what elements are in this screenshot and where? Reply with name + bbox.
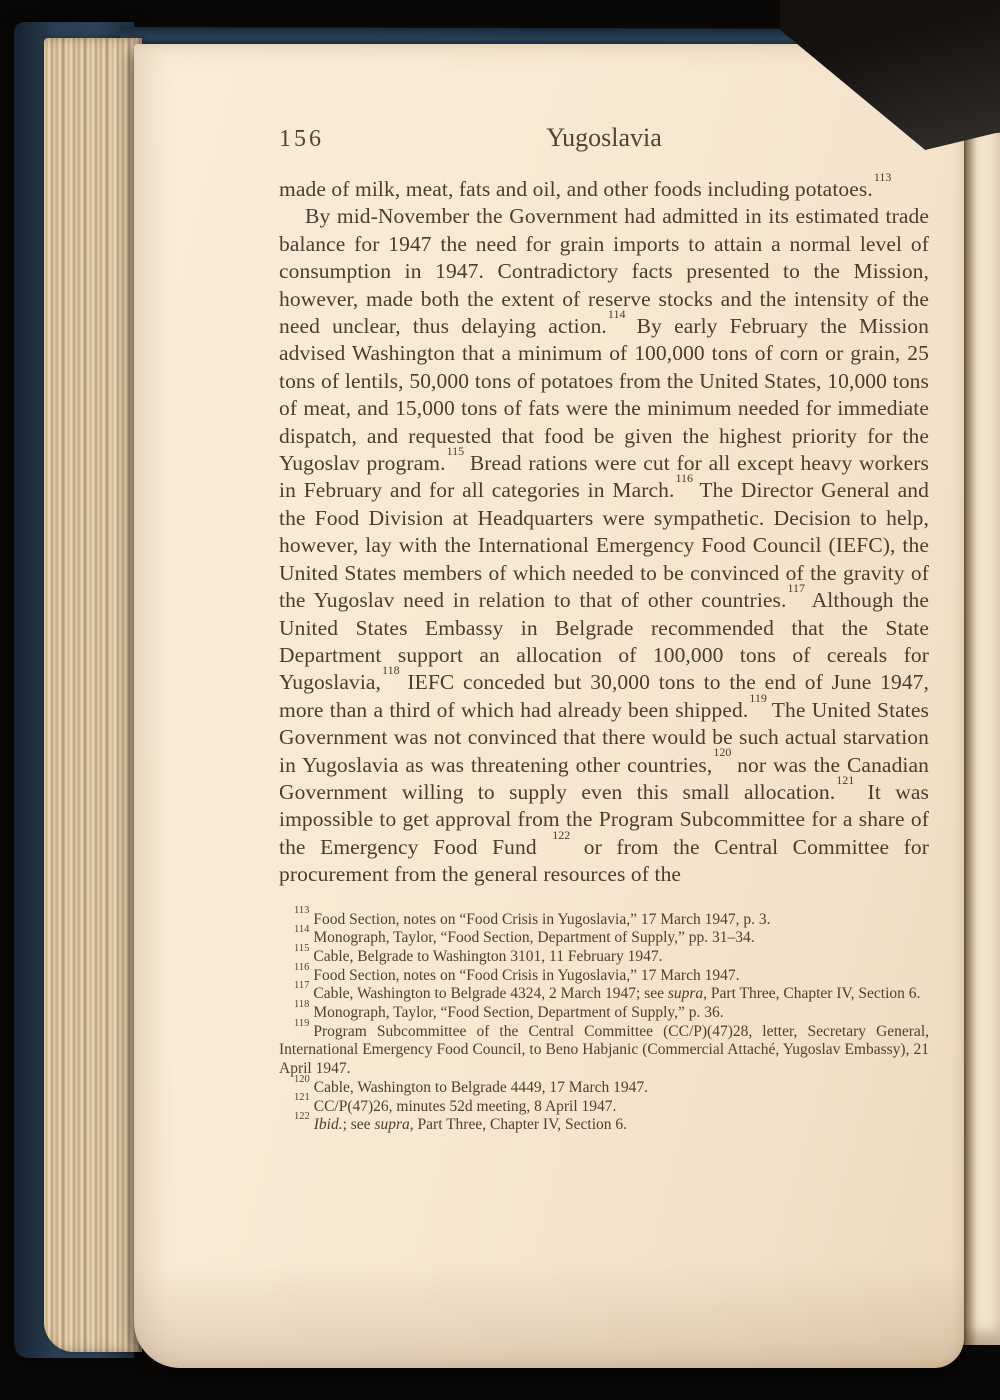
footnote-ref: 119 <box>749 691 767 705</box>
facing-page-edge <box>963 133 1000 1345</box>
book-page: 156 Yugoslavia made of milk, meat, fats … <box>134 44 964 1368</box>
footnotes: 113Food Section, notes on “Food Crisis i… <box>279 911 929 1135</box>
book-photo: 156 Yugoslavia made of milk, meat, fats … <box>0 0 1000 1400</box>
text-segment: , Part Three, Chapter IV, Section 6. <box>410 1116 627 1133</box>
footnote-ref: 118 <box>382 663 400 677</box>
text-segment: Cable, Belgrade to Washington 3101, 11 F… <box>313 948 662 965</box>
footnote: 114Monograph, Taylor, “Food Section, Dep… <box>279 929 929 948</box>
text-segment: Food Section, notes on “Food Crisis in Y… <box>313 967 739 984</box>
footnote-number: 118 <box>294 999 309 1010</box>
footnote: 117Cable, Washington to Belgrade 4324, 2… <box>279 985 929 1004</box>
text-segment: supra <box>668 985 703 1002</box>
footnote: 113Food Section, notes on “Food Crisis i… <box>279 911 929 930</box>
text-segment: Food Section, notes on “Food Crisis in Y… <box>313 911 770 928</box>
text-segment: ; see <box>343 1116 375 1133</box>
footnote: 121CC/P(47)26, minutes 52d meeting, 8 Ap… <box>279 1098 929 1117</box>
footnote-ref: 117 <box>787 581 805 595</box>
footnote-ref: 121 <box>836 773 854 787</box>
footnote-number: 117 <box>294 980 309 991</box>
text-segment: Monograph, Taylor, “Food Section, Depart… <box>313 1004 723 1021</box>
body-text: made of milk, meat, fats and oil, and ot… <box>279 176 929 889</box>
footnote-number: 121 <box>294 1092 310 1103</box>
footnote-ref: 120 <box>713 745 731 759</box>
text-segment: supra <box>374 1116 409 1133</box>
fanned-page-edges <box>44 38 142 1352</box>
text-segment: Cable, Washington to Belgrade 4449, 17 M… <box>314 1079 648 1096</box>
text-segment: Cable, Washington to Belgrade 4324, 2 Ma… <box>313 985 667 1002</box>
footnote-ref: 116 <box>675 471 693 485</box>
footnote: 116Food Section, notes on “Food Crisis i… <box>279 967 929 986</box>
footnote: 118Monograph, Taylor, “Food Section, Dep… <box>279 1004 929 1023</box>
footnote: 119Program Subcommittee of the Central C… <box>279 1023 929 1079</box>
paragraph: By mid-November the Government had admit… <box>279 203 929 888</box>
footnote-ref: 122 <box>552 828 570 842</box>
text-segment: , Part Three, Chapter IV, Section 6. <box>703 985 920 1002</box>
footnote-number: 114 <box>294 924 309 935</box>
footnote-ref: 114 <box>608 307 626 321</box>
footnote-number: 113 <box>294 905 309 916</box>
paragraph: made of milk, meat, fats and oil, and ot… <box>279 176 929 203</box>
text-segment: CC/P(47)26, minutes 52d meeting, 8 April… <box>314 1098 617 1115</box>
footnote: 115Cable, Belgrade to Washington 3101, 1… <box>279 948 929 967</box>
text-segment: made of milk, meat, fats and oil, and ot… <box>279 177 873 201</box>
footnote-number: 122 <box>294 1111 310 1122</box>
footnote-number: 120 <box>294 1074 310 1085</box>
footnote-ref: 115 <box>447 444 465 458</box>
text-segment: Program Subcommittee of the Central Comm… <box>279 1023 929 1077</box>
text-segment: Monograph, Taylor, “Food Section, Depart… <box>313 929 754 946</box>
footnote-number: 116 <box>294 962 309 973</box>
running-head: Yugoslavia <box>279 123 929 153</box>
footnote: 122Ibid.; see supra, Part Three, Chapter… <box>279 1116 929 1135</box>
footnote-number: 119 <box>294 1018 309 1029</box>
footnote: 120Cable, Washington to Belgrade 4449, 1… <box>279 1079 929 1098</box>
footnote-ref: 113 <box>874 170 892 184</box>
footnote-number: 115 <box>294 943 309 954</box>
text-segment: Ibid. <box>314 1116 343 1133</box>
